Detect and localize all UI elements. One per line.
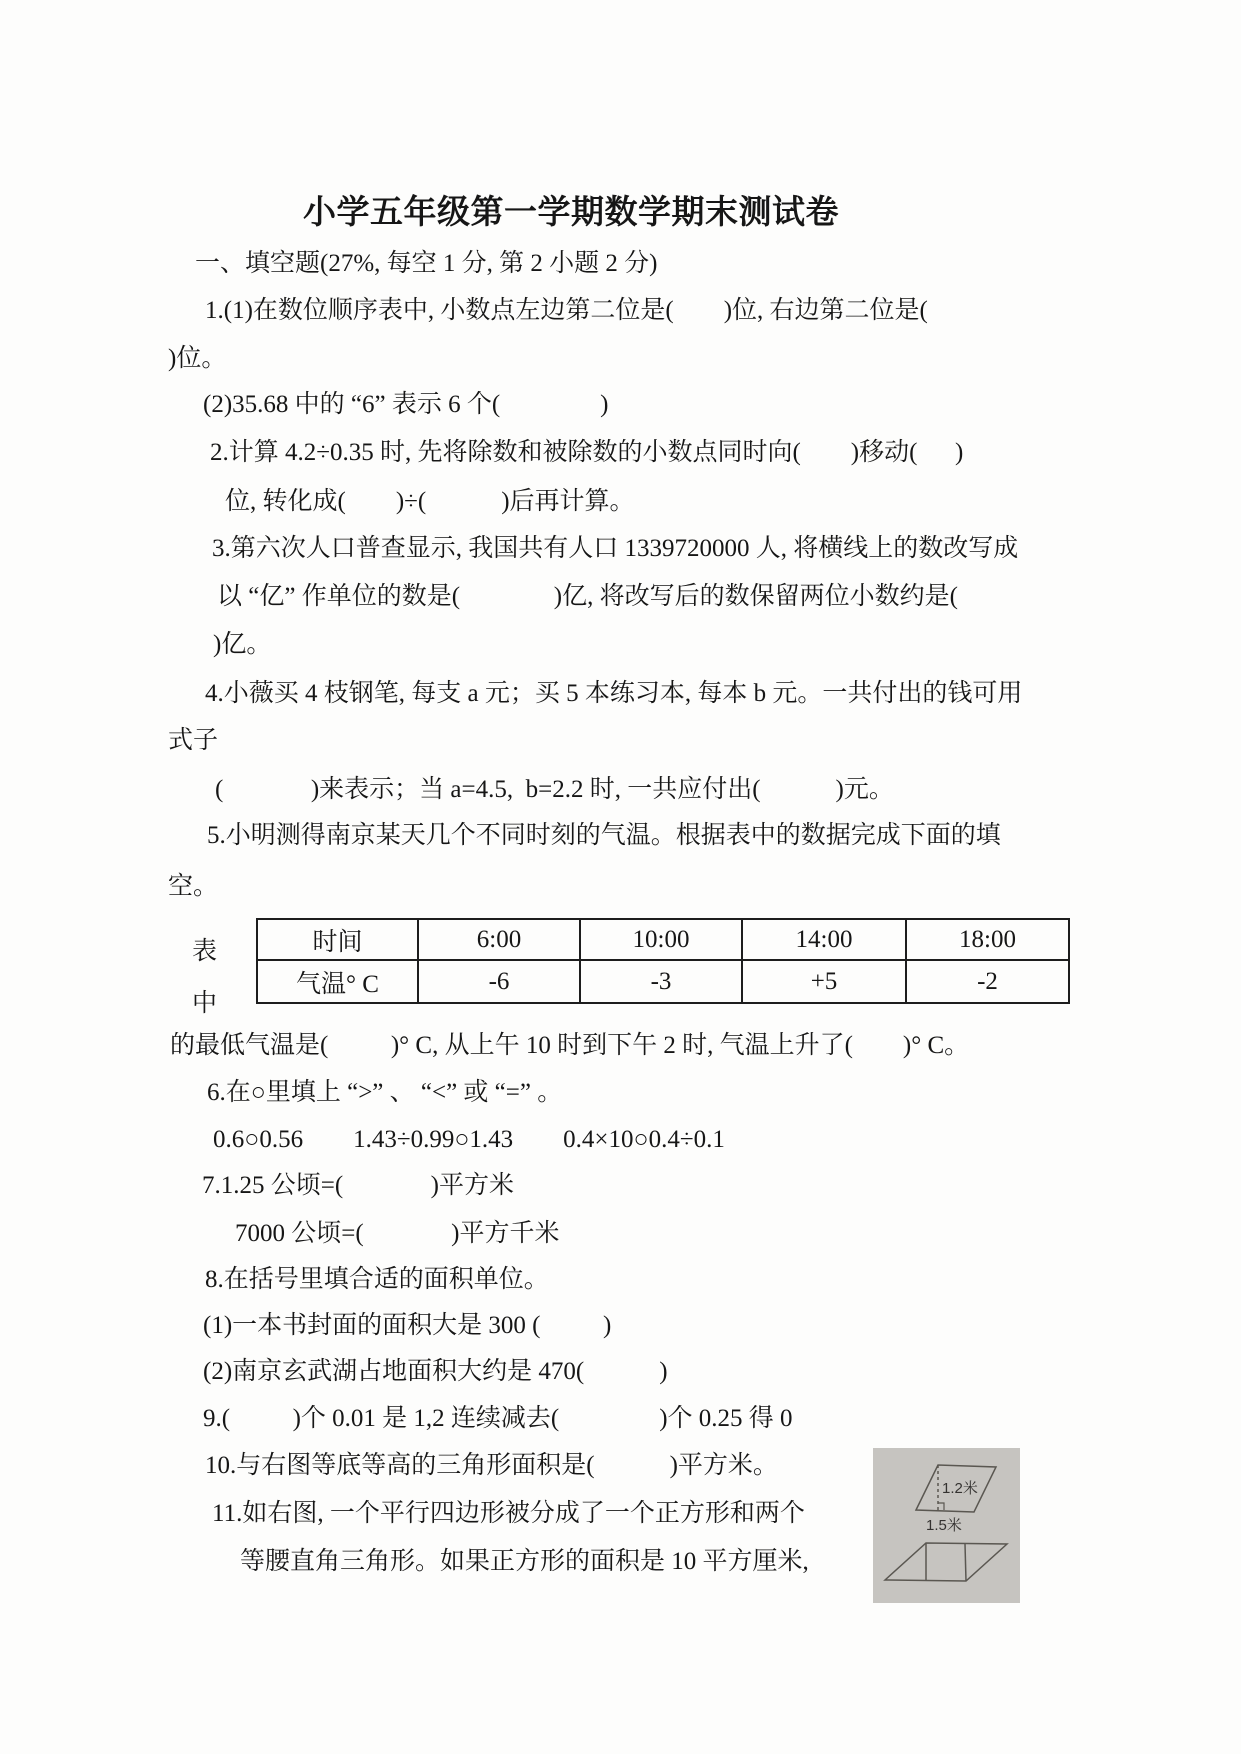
question-5-line-1: 5.小明测得南京某天几个不同时刻的气温。根据表中的数据完成下面的填 (207, 822, 1001, 849)
height-label: 1.2米 (942, 1480, 978, 1497)
divided-parallelogram-shape (885, 1543, 1007, 1581)
question-8-line-1: 8.在括号里填合适的面积单位。 (205, 1266, 549, 1293)
table-cell-temp-1000: -3 (580, 960, 742, 1003)
square-right-divider-line (965, 1544, 966, 1581)
question-4-line-1: 4.小薇买 4 枝钢笔, 每支 a 元；买 5 本练习本, 每本 b 元。一共付… (205, 680, 1022, 707)
question-5-line-2: 空。 (168, 873, 218, 900)
table-cell-temp-0600: -6 (418, 960, 580, 1003)
section-header: 一、填空题(27%, 每空 1 分, 第 2 小题 2 分) (195, 250, 657, 277)
table-header-cell-1000: 10:00 (580, 919, 742, 960)
table-data-row: 气温° C -6 -3 +5 -2 (257, 960, 1069, 1003)
question-2-line-2: 位, 转化成( )÷( )后再计算。 (225, 488, 635, 515)
side-char-zhong: 中 (192, 983, 217, 1019)
table-cell-temp-1400: +5 (742, 960, 906, 1003)
geometry-figure: 1.2米 1.5米 (873, 1448, 1020, 1603)
exam-page: 小学五年级第一学期数学期末测试卷 一、填空题(27%, 每空 1 分, 第 2 … (0, 0, 1241, 1754)
question-1-line-1: 1.(1)在数位顺序表中, 小数点左边第二位是( )位, 右边第二位是( (205, 297, 928, 324)
table-header-cell-time: 时间 (257, 919, 418, 960)
question-5-line-3: 的最低气温是( )° C, 从上午 10 时到下午 2 时, 气温上升了( )°… (170, 1032, 969, 1059)
question-4-line-3: ( )来表示；当 a=4.5, b=2.2 时, 一共应付出( )元。 (215, 776, 894, 803)
question-7-line-2: 7000 公顷=( )平方千米 (235, 1220, 560, 1247)
table-cell-temp-1800: -2 (906, 960, 1069, 1003)
question-4-line-2: 式子 (168, 727, 218, 754)
question-10-line-1: 10.与右图等底等高的三角形面积是( )平方米。 (205, 1452, 778, 1479)
question-2-line-1: 2.计算 4.2÷0.35 时, 先将除数和被除数的小数点同时向( )移动( ) (210, 439, 963, 466)
question-8-line-3: (2)南京玄武湖占地面积大约是 470( ) (203, 1358, 668, 1385)
side-char-biao: 表 (192, 931, 217, 967)
question-7-line-1: 7.1.25 公顷=( )平方米 (202, 1172, 514, 1199)
question-1-line-3: (2)35.68 中的 “6” 表示 6 个( ) (203, 391, 609, 418)
base-label: 1.5米 (926, 1517, 962, 1534)
geometry-figure-photo: 1.2米 1.5米 (873, 1448, 1020, 1603)
question-3-line-3: )亿。 (213, 631, 271, 658)
table-header-row: 时间 6:00 10:00 14:00 18:00 (257, 919, 1069, 960)
table-header-cell-1400: 14:00 (742, 919, 906, 960)
question-8-line-2: (1)一本书封面的面积大是 300 ( ) (203, 1312, 611, 1339)
question-6-line-1: 6.在○里填上 “>” 、 “<” 或 “=” 。 (207, 1079, 562, 1106)
table-cell-temp-label: 气温° C (257, 960, 418, 1003)
question-3-line-2: 以 “亿” 作单位的数是( )亿, 将改写后的数保留两位小数约是( (217, 583, 958, 610)
question-3-line-1: 3.第六次人口普查显示, 我国共有人口 1339720000 人, 将横线上的数… (212, 535, 1018, 562)
page-title: 小学五年级第一学期数学期末测试卷 (303, 186, 839, 233)
temperature-table: 时间 6:00 10:00 14:00 18:00 气温° C -6 -3 +5… (256, 918, 1070, 1004)
right-angle-mark (938, 1503, 944, 1510)
table-header-cell-0600: 6:00 (418, 919, 580, 960)
question-11-line-1: 11.如右图, 一个平行四边形被分成了一个正方形和两个 (212, 1500, 805, 1527)
question-1-line-2: )位。 (168, 345, 226, 372)
question-6-line-2: 0.6○0.56 1.43÷0.99○1.43 0.4×10○0.4÷0.1 (213, 1126, 725, 1153)
question-9-line-1: 9.( )个 0.01 是 1,2 连续减去( )个 0.25 得 0 (203, 1405, 793, 1432)
question-11-line-2: 等腰直角三角形。如果正方形的面积是 10 平方厘米, (240, 1548, 809, 1575)
table-header-cell-1800: 18:00 (906, 919, 1069, 960)
